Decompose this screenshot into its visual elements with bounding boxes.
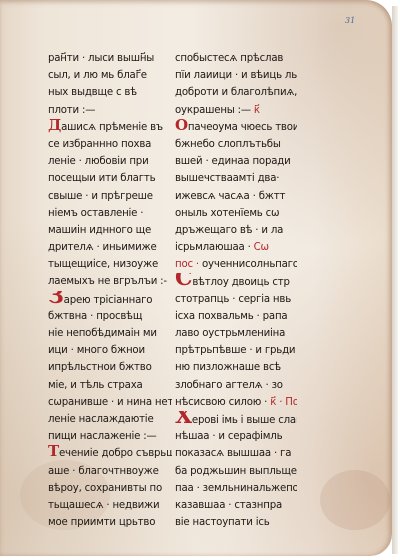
text-line: бжтвна · просвѣщ [48, 308, 172, 325]
text-line: ба роджьшин выпльщен [175, 463, 297, 480]
line-text: нѣшаа · и серафімль [175, 431, 282, 442]
line-text: паа · земльнинальжепо [175, 483, 297, 494]
line-text: міе, и тѣль страха [48, 380, 143, 391]
line-text: ипрѣльстнои бжтво [48, 362, 152, 373]
text-line: дрителѧ · иньимиже [48, 239, 172, 256]
text-line: оукрашены :— к҃ [175, 102, 297, 119]
line-text: ици · много бжнои [48, 345, 145, 356]
text-line: леніе наслаждаютіе [48, 411, 172, 428]
line-text: машиін иднного ще [48, 225, 151, 236]
line-text: пїи лаиици · и вѣиць ль [175, 70, 297, 81]
line-text: вшей · единаа поради [175, 156, 291, 167]
folio-number: 31 [345, 16, 355, 25]
text-line: посещыи ити благть [48, 170, 172, 187]
text-line: вшей · единаа поради [175, 153, 297, 170]
text-line: спобыстесѧ прѣслав [175, 50, 297, 67]
text-line: пїи лаиици · и вѣиць ль [175, 67, 297, 84]
text-line: ісрьмлаюшаа · Сѡ [175, 239, 297, 256]
red-initial: З [48, 291, 64, 308]
line-text: пачеоума чюесь твои· [188, 122, 297, 133]
text-line: паа · земльнинальжепо [175, 480, 297, 497]
text-line: леніе · любовіи при [48, 153, 172, 170]
line-text: віе настоупати ісь [175, 517, 270, 528]
line-text: тыщещиісе, низоуже [48, 259, 158, 270]
text-line: сыл, и лю мь благ҃е [48, 67, 172, 84]
line-text: дрителѧ · иньимиже [48, 242, 157, 253]
line-text: оныль хотенїемь сѡ [175, 208, 279, 219]
red-initial: О [175, 119, 188, 134]
text-line: казавшаа · стазнпра [175, 497, 297, 514]
line-text: оукрашены :— [175, 105, 251, 116]
line-text: вѣроу, сохранивты по [48, 483, 162, 494]
text-line: доброти и благолѣпиѧ, [175, 84, 297, 101]
text-line: ісха похвальмь · рапа [175, 308, 297, 325]
line-text: вѣтлоу двоиць стр [192, 277, 289, 288]
text-line: ніе непобѣдимаін ми [48, 325, 172, 342]
text-line: міе, и тѣль страха [48, 377, 172, 394]
line-text: спобыстесѧ прѣслав [175, 53, 283, 64]
line-text: арею трісіаннаго [64, 295, 153, 306]
line-text: тьщашесѧ · недвижи [48, 500, 159, 511]
line-text: ижевсѧ часѧа · бжтт [175, 191, 285, 202]
text-line: ных выдвще с вѣ [48, 84, 172, 101]
line-text: ніе непобѣдимаін ми [48, 328, 157, 339]
line-text: лаемыхъ не вгрълъи :- [48, 276, 167, 287]
text-line: ніемъ оставленіе · [48, 205, 172, 222]
rubric: Сѡ [251, 242, 269, 253]
text-line: нѣсисвою силою · к҃ · По· [175, 394, 297, 411]
text-line: лаемыхъ не вгрълъи :- [48, 273, 172, 290]
line-text: ніемъ оставленіе · [48, 208, 143, 219]
line-text: злобнаго агтелѧ · зо [175, 380, 283, 391]
line-text: ных выдвще с вѣ [48, 87, 137, 98]
line-text: пищи наслаженіе :— [48, 431, 156, 442]
line-text: прѣтрьпѣвше · и грьди [175, 345, 295, 356]
text-line: Дашисѧ прѣменіе въ [48, 119, 172, 136]
text-line: машиін иднного ще [48, 222, 172, 239]
text-line: мое приимти црьтво [48, 514, 172, 531]
text-line: нѣшаа · и серафімль [175, 428, 297, 445]
right-column: спобыстесѧ прѣславпїи лаиици · и вѣиць л… [175, 50, 297, 531]
line-text: плоти :— [48, 105, 95, 116]
line-text: ба роджьшин выпльщен [175, 466, 297, 477]
line-text: ечениіе добро съврьши [59, 448, 172, 459]
text-line: тыщещиісе, низоуже [48, 256, 172, 273]
line-text: аше · благочтнвоуже [48, 466, 159, 477]
parchment-stain [320, 470, 390, 530]
line-text: оученнисолньпагорь [202, 259, 297, 270]
rubric: к҃ [251, 105, 260, 116]
text-line: се избраннно похва [48, 136, 172, 153]
red-initial: Х [175, 411, 192, 428]
text-line: ню пизложнаше всѣ [175, 359, 297, 376]
line-text: сыл, и лю мь благ҃е [48, 70, 147, 81]
text-line: дръжещаго вѣ · и ла [175, 222, 297, 239]
rubric: пос · [175, 259, 202, 270]
text-line: ици · много бжнои [48, 342, 172, 359]
text-line: Херові імь і выше слав [175, 411, 297, 428]
text-line: злобнаго агтелѧ · зо [175, 377, 297, 394]
line-text: стотрапць · сергіа нвь [175, 294, 291, 305]
text-line: ран҃ти · лыси вышн҃ы [48, 50, 172, 67]
text-line: тьщашесѧ · недвижи [48, 497, 172, 514]
text-line: вышечстваамті два· [175, 170, 297, 187]
text-line: оныль хотенїемь сѡ [175, 205, 297, 222]
text-line: лаво оустрьмлениіна [175, 325, 297, 342]
line-text: ісрьмлаюшаа · [175, 242, 251, 253]
line-text: бжтвна · просвѣщ [48, 311, 142, 322]
text-line: прѣтрьпѣвше · и грьди [175, 342, 297, 359]
text-line: пос · оученнисолньпагорь [175, 256, 297, 273]
line-text: нѣсисвою силою · [175, 397, 267, 408]
red-initial: С [175, 273, 192, 290]
text-line: Зарею трісіаннаго [48, 291, 172, 308]
line-text: свыше · и прѣгреше [48, 191, 153, 202]
line-text: доброти и благолѣпиѧ, [175, 87, 297, 98]
text-line: стотрапць · сергіа нвь [175, 291, 297, 308]
line-text: дръжещаго вѣ · и ла [175, 225, 283, 236]
red-initial: Т [48, 445, 59, 460]
line-text: ерові імь і выше слав [192, 415, 297, 426]
line-text: казавшаа · стазнпра [175, 500, 282, 511]
text-line: бжнебо слоплътьбы [175, 136, 297, 153]
text-line: сѡранивше · и нина нет [48, 394, 172, 411]
text-line: ипрѣльстнои бжтво [48, 359, 172, 376]
line-text: сѡранивше · и нина нет [48, 397, 172, 408]
line-text: се избраннно похва [48, 139, 151, 150]
line-text: ісха похвальмь · рапа [175, 311, 287, 322]
text-line: показасѧ вышшаа · га [175, 445, 297, 462]
text-line: свыше · и прѣгреше [48, 188, 172, 205]
page-edge [392, 6, 398, 554]
line-text: показасѧ вышшаа · га [175, 448, 291, 459]
line-text: бжнебо слоплътьбы [175, 139, 281, 150]
line-text: лаво оустрьмлениіна [175, 328, 285, 339]
line-text: ашисѧ прѣменіе въ [61, 122, 163, 133]
line-text: вышечстваамті два· [175, 173, 279, 184]
line-text: посещыи ити благть [48, 173, 155, 184]
text-line: пищи наслаженіе :— [48, 428, 172, 445]
text-line: віе настоупати ісь [175, 514, 297, 531]
text-line: аше · благочтнвоуже [48, 463, 172, 480]
line-text: леніе наслаждаютіе [48, 414, 154, 425]
line-text: мое приимти црьтво [48, 517, 155, 528]
text-line: вѣроу, сохранивты по [48, 480, 172, 497]
text-line: Течениіе добро съврьши [48, 445, 172, 462]
line-text: леніе · любовіи при [48, 156, 149, 167]
line-text: ран҃ти · лыси вышн҃ы [48, 53, 154, 64]
text-line: плоти :— [48, 102, 172, 119]
rubric: к҃ · По· [267, 397, 297, 408]
red-initial: Д [48, 119, 61, 134]
line-text: ню пизложнаше всѣ [175, 362, 281, 373]
left-column: ран҃ти · лыси вышн҃ысыл, и лю мь благ҃ен… [48, 50, 172, 531]
text-line: Опачеоума чюесь твои· [175, 119, 297, 136]
text-line: Свѣтлоу двоиць стр [175, 273, 297, 290]
text-line: ижевсѧ часѧа · бжтт [175, 188, 297, 205]
manuscript-page: 31 ран҃ти · лыси вышн҃ысыл, и лю мь благ… [0, 0, 392, 556]
